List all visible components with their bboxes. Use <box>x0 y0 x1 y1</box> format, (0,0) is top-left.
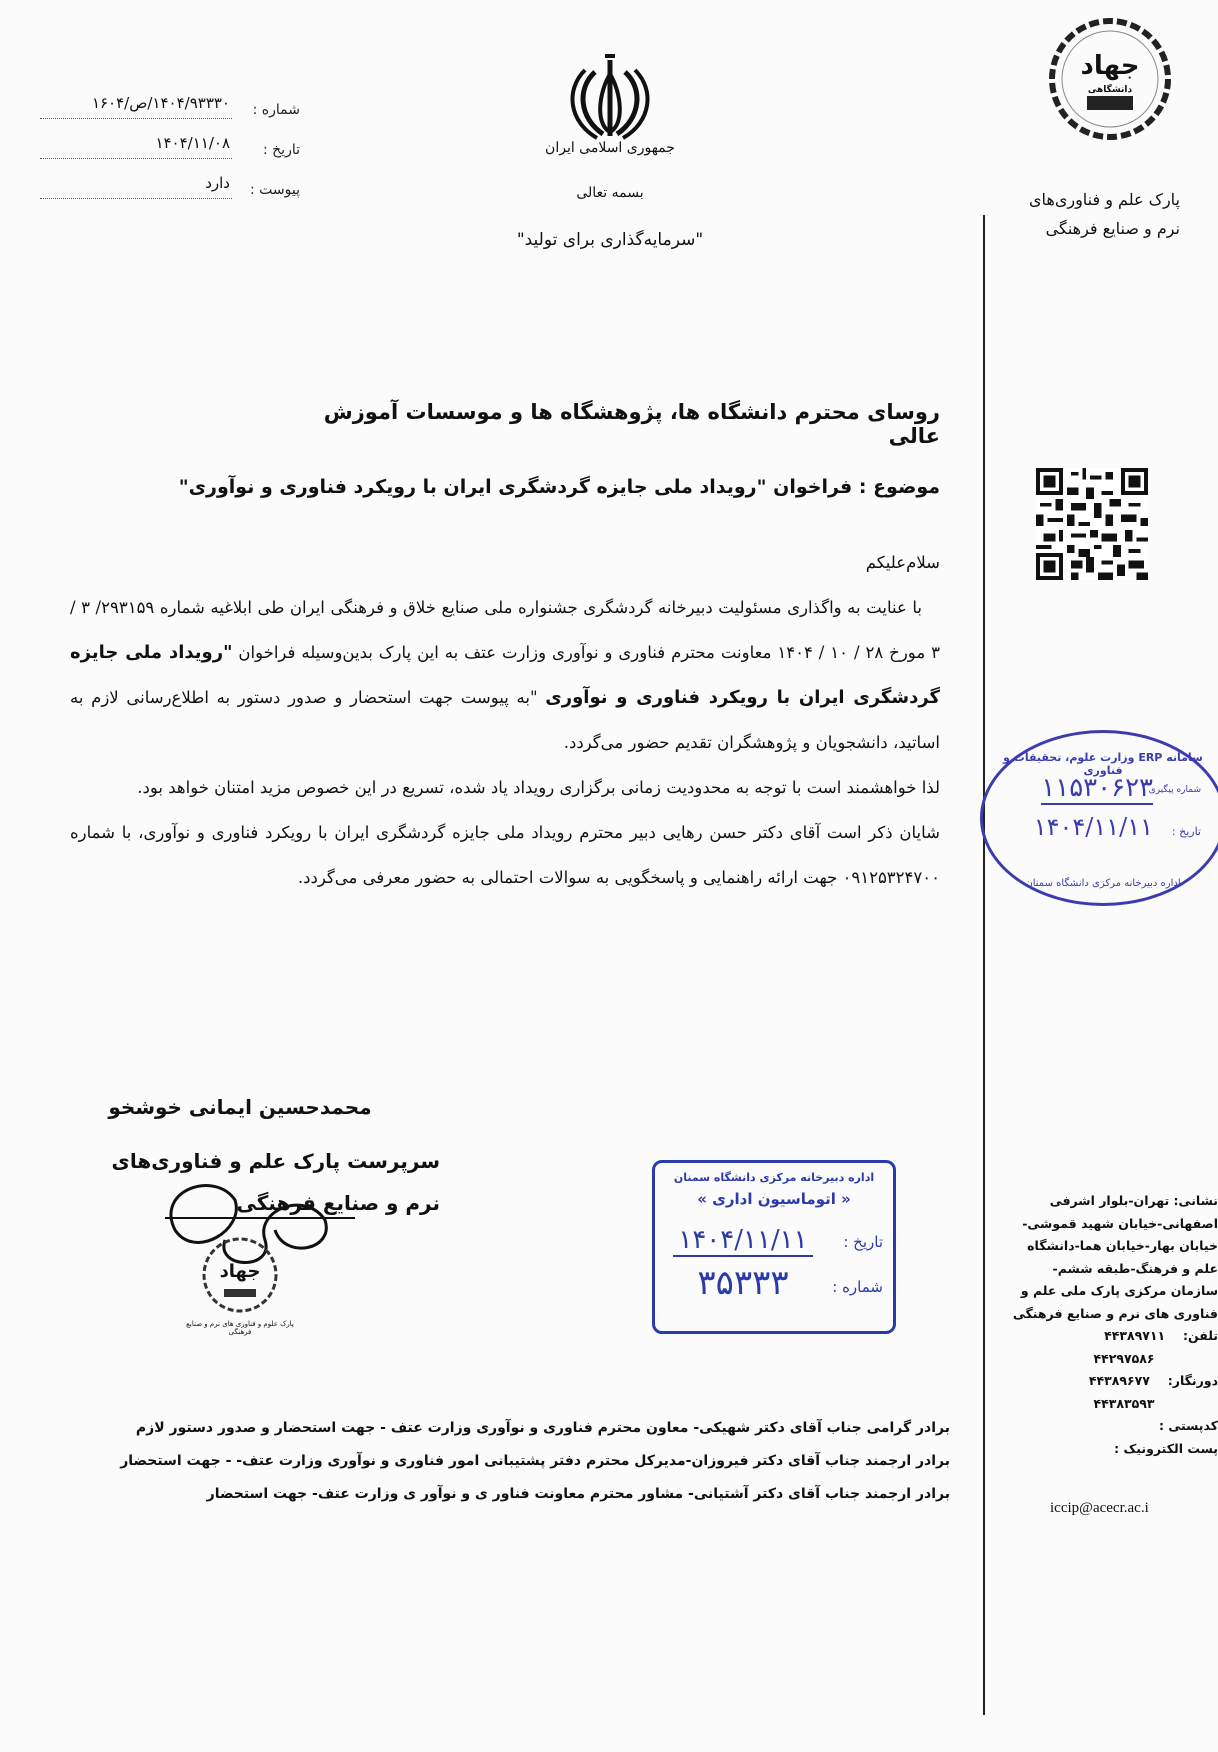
sidebar-divider <box>983 215 985 1715</box>
email-address: iccip@acecr.ac.i <box>1050 1500 1149 1517</box>
logo-text: جهاد <box>1080 51 1139 81</box>
subject-line: موضوع : فراخوان "رویداد ملی جایزه گردشگر… <box>160 476 940 498</box>
greeting: سلام‌علیکم <box>70 540 940 585</box>
letter-date-label: تاریخ : <box>263 142 300 158</box>
letter-attachment-label: پیوست : <box>250 182 300 198</box>
address-line: سازمان مرکزی پارک ملی علم و <box>1000 1280 1218 1303</box>
oval-stamp-number-label: شماره پیگیری <box>1149 785 1201 795</box>
recipient-line: روسای محترم دانشگاه ها، پژوهشگاه ها و مو… <box>300 400 940 448</box>
seal-caption: پارک علوم و فناوری های نرم و صنایع فرهنگ… <box>180 1320 300 1336</box>
iran-emblem-icon <box>565 52 655 142</box>
jahad-daneshgahi-logo-icon: جهاد دانشگاهی <box>1047 16 1173 142</box>
stamp-header: اداره دبیرخانه مرکزی دانشگاه سمنان <box>655 1171 893 1184</box>
address-line: نشانی: تهران-بلوار اشرفی <box>1000 1190 1218 1213</box>
letter-number-label: شماره : <box>253 102 300 118</box>
organization-name: پارک علم و فناوری‌های نرم و صنایع فرهنگی <box>1000 185 1180 243</box>
signatory-name: محمدحسین ایمانی خوشخو <box>80 1095 400 1119</box>
logo-subtext: دانشگاهی <box>1088 83 1133 95</box>
organization-seal-icon: جهاد <box>200 1235 280 1315</box>
seal-text: جهاد <box>220 1261 261 1282</box>
stamp-date: ۱۴۰۴/۱۱/۱۱ <box>673 1225 813 1257</box>
fax-row: دورنگار: ۴۴۳۸۹۶۷۷ <box>1000 1370 1218 1393</box>
organization-name-line1: پارک علم و فناوری‌های <box>1000 185 1180 214</box>
paragraph-3: شایان ذکر است آقای دکتر حسن رهایی دبیر م… <box>70 810 940 900</box>
phone-number: ۴۴۲۹۷۵۸۶ <box>1080 1348 1168 1371</box>
fax-row: ۴۴۳۸۳۵۹۳ <box>1000 1393 1218 1416</box>
address-block: نشانی: تهران-بلوار اشرفی اصفهانی-خیابان … <box>1000 1190 1218 1460</box>
fax-number: ۴۴۳۸۳۵۹۳ <box>1080 1393 1168 1416</box>
letter-date-value: ۱۴۰۴/۱۱/۰۸ <box>155 134 230 152</box>
fax-number: ۴۴۳۸۹۶۷۷ <box>1075 1370 1163 1393</box>
phone-number: ۴۴۳۸۹۷۱۱ <box>1091 1325 1179 1348</box>
cc-list: برادر گرامی جناب آقای دکتر شهیکی- معاون … <box>40 1412 950 1511</box>
stamp-date-label: تاریخ : <box>843 1233 883 1251</box>
paragraph-2: لذا خواهشمند است با توجه به محدودیت زمان… <box>70 765 940 810</box>
letter-attachment-row: پیوست : دارد <box>40 180 300 206</box>
dotted-line <box>40 158 232 159</box>
letter-body: سلام‌علیکم با عنایت به واگذاری مسئولیت د… <box>70 540 940 900</box>
organization-name-line2: نرم و صنایع فرهنگی <box>1000 214 1180 243</box>
phone-label: تلفن: <box>1183 1328 1218 1343</box>
stamp-number: ۳۵۳۳۳ <box>673 1263 813 1303</box>
letter-number-row: شماره : ۱۴۰۴/۹۳۳۳۰/ص/۱۶۰۴ <box>40 100 300 126</box>
oval-stamp-number: ۱۱۵۳۰۶۲۳ <box>1041 773 1153 805</box>
subject-text: فراخوان "رویداد ملی جایزه گردشگری ایران … <box>179 476 853 498</box>
letter-date-row: تاریخ : ۱۴۰۴/۱۱/۰۸ <box>40 140 300 166</box>
fax-label: دورنگار: <box>1168 1373 1218 1388</box>
email-label: پست الکترونیک : <box>1000 1438 1218 1461</box>
stamp-title: « اتوماسیون اداری » <box>655 1190 893 1208</box>
qr-code-icon <box>1036 468 1148 580</box>
secretariat-stamp: اداره دبیرخانه مرکزی دانشگاه سمنان « اتو… <box>652 1160 896 1334</box>
dotted-line <box>40 198 232 199</box>
oval-stamp-bottom: اداره دبیرخانه مرکزی دانشگاه سمنان <box>983 878 1218 889</box>
address-line: علم و فرهنگ-طبقه ششم- <box>1000 1258 1218 1281</box>
oval-stamp-date-label: تاریخ : <box>1172 825 1201 838</box>
paragraph-1: با عنایت به واگذاری مسئولیت دبیرخانه گرد… <box>70 585 940 765</box>
oval-stamp-date: ۱۴۰۴/۱۱/۱۱ <box>1034 813 1153 841</box>
stamp-number-label: شماره : <box>832 1278 883 1296</box>
letter-attachment-value: دارد <box>205 174 230 192</box>
postal-code-label: کدپستی : <box>1000 1415 1218 1438</box>
dotted-line <box>40 118 232 119</box>
phone-row: ۴۴۲۹۷۵۸۶ <box>1000 1348 1218 1371</box>
phone-row: تلفن: ۴۴۳۸۹۷۱۱ <box>1000 1325 1218 1348</box>
address-line: اصفهانی-خیابان شهید قموشی- <box>1000 1213 1218 1236</box>
slogan: "سرمایه‌گذاری برای تولید" <box>470 230 750 250</box>
cc-item: برادر ارجمند جناب آقای دکتر فیروزان-مدیر… <box>40 1445 950 1478</box>
emblem-caption: جمهوری اسلامی ایران <box>520 140 700 156</box>
cc-item: برادر ارجمند جناب آقای دکتر آشتیانی- مشا… <box>40 1478 950 1511</box>
bismillah-text: بسمه تعالی <box>560 185 660 201</box>
address-line: خیابان بهار-خیابان هما-دانشگاه <box>1000 1235 1218 1258</box>
cc-item: برادر گرامی جناب آقای دکتر شهیکی- معاون … <box>40 1412 950 1445</box>
address-line: فناوری های نرم و صنایع فرهنگی <box>1000 1303 1218 1326</box>
erp-received-stamp: سامانه ERP وزارت علوم، تحقیقات و فناوری … <box>980 730 1218 906</box>
subject-label: موضوع : <box>859 476 940 498</box>
letter-number-value: ۱۴۰۴/۹۳۳۳۰/ص/۱۶۰۴ <box>92 94 230 112</box>
